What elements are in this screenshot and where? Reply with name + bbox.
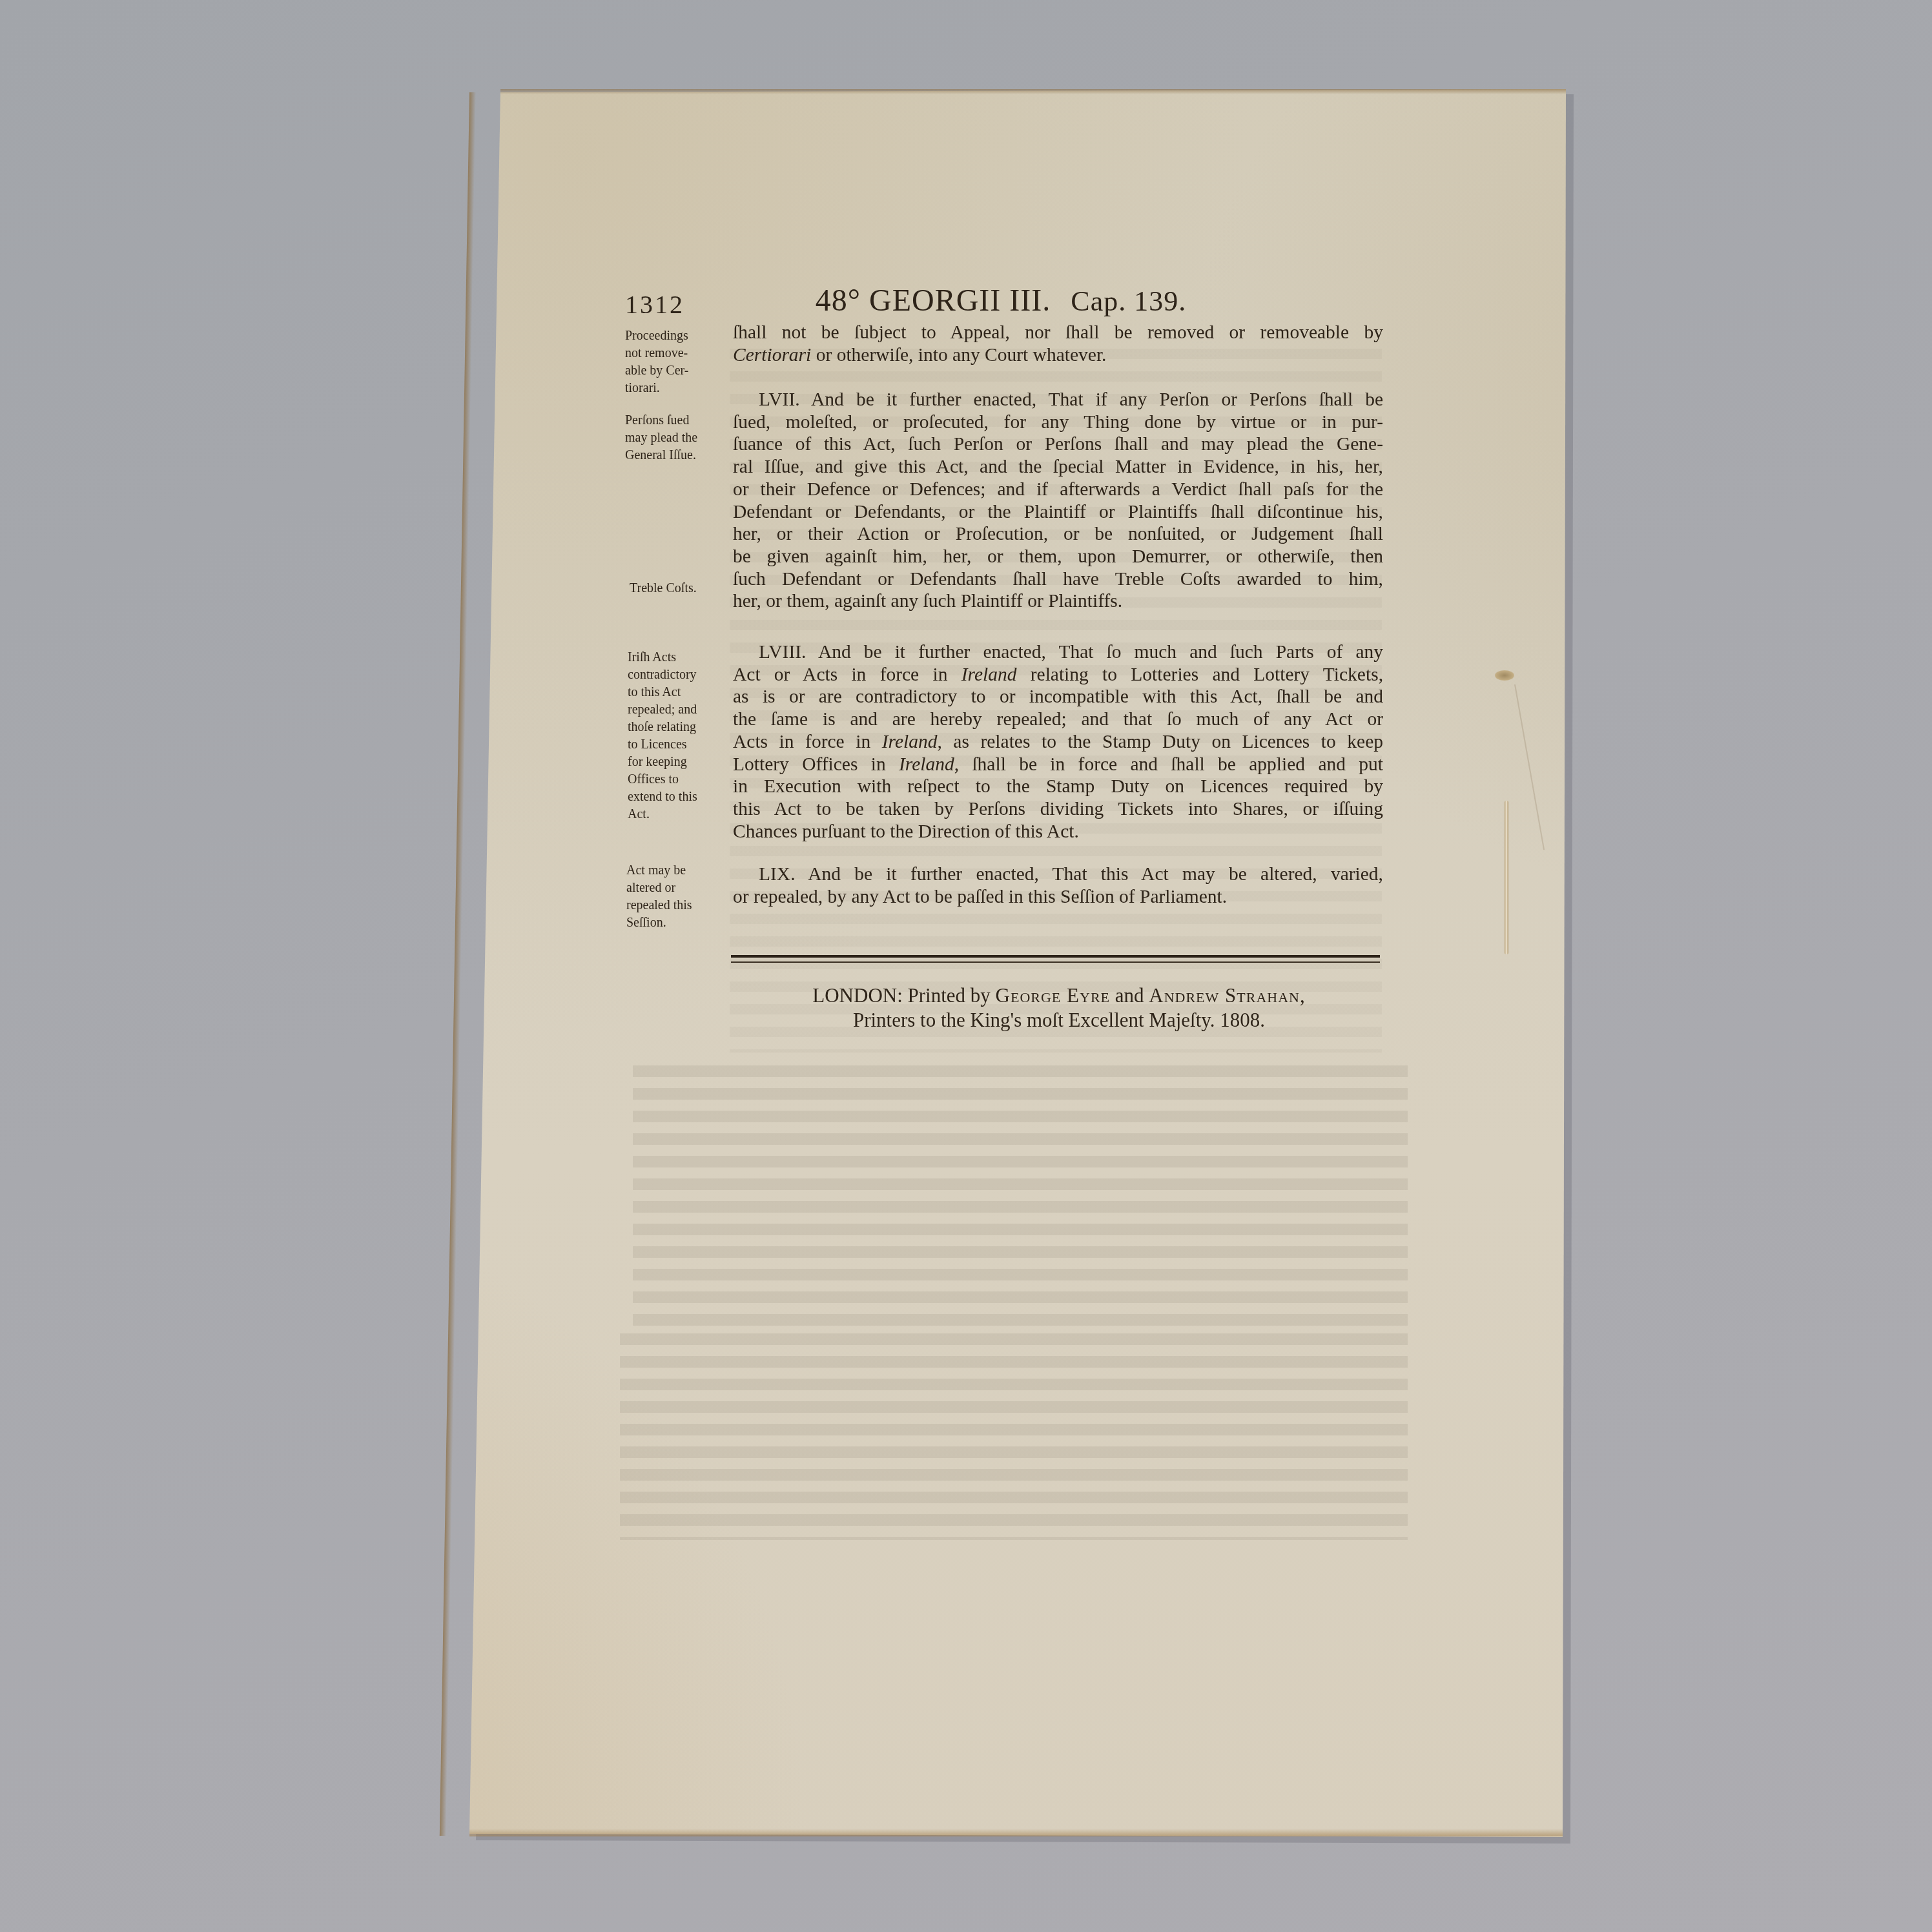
margin-note-line: contradictory [628,666,731,684]
margin-note-line: to Licences [628,736,731,754]
text-line: her, or their Action or Proſecution, or … [733,523,1383,546]
paragraph-continuation: ſhall not be ſubject to Appeal, nor ſhal… [733,322,1383,366]
imprint-line-2: Printers to the King's moſt Excellent Ma… [717,1009,1401,1032]
margin-note-line: tiorari. [625,380,728,397]
margin-note-line: not remove- [625,345,728,362]
paragraph-LVII: LVII. And be it further enacted, That if… [733,389,1383,613]
margin-note-line: Perſons ſued [625,412,728,429]
margin-note-line: Act. [628,806,731,823]
margin-note-line: Treble Coſts. [630,580,733,597]
imprint-and: and [1115,984,1144,1007]
imprint-line-1: LONDON: Printed by George Eyre and Andre… [717,984,1401,1007]
text-line: her, or them, againſt any ſuch Plaintiff… [733,590,1383,613]
text-line: Lottery Offices in Ireland, ſhall be in … [733,754,1383,776]
margin-note-line: Iriſh Acts [628,649,731,666]
running-head: 48° GEORGII III. Cap. 139. [723,283,1279,318]
paper-edge-bottom [469,1829,1563,1836]
italic-place: Ireland [899,754,954,775]
italic-place: Ireland [961,664,1017,685]
margin-note-line: thoſe relating [628,719,731,736]
paragraph-LIX: LIX. And be it further enacted, That thi… [733,863,1383,908]
text-line: Act or Acts in force in Ireland relating… [733,664,1383,686]
margin-note-treble-costs: Treble Coſts. [630,580,733,597]
margin-note-line: repealed; and [628,701,731,719]
text-line: Certiorari or otherwiſe, into any Court … [733,344,1383,367]
margin-note-act-may-be-altered: Act may be altered or repealed this Seſſ… [626,862,730,932]
text-line: Defendant or Defendants, or the Plaintif… [733,501,1383,524]
paper-edge-left [440,92,476,1836]
margin-note-irish-acts: Iriſh Acts contradictory to this Act rep… [628,649,731,823]
text-line: ral Iſſue, and give this Act, and the ſp… [733,456,1383,478]
running-head-title: GEORGII III. [869,283,1051,318]
page-number: 1312 [625,289,684,320]
chapter-number: Cap. 139. [1071,285,1186,317]
margin-note-line: extend to this [628,788,731,806]
text-line: or their Defence or Defences; and if aft… [733,478,1383,501]
margin-note-line: Seſſion. [626,914,730,932]
text-line: or repealed, by any Act to be paſſed in … [733,886,1383,909]
margin-note-line: able by Cer- [625,362,728,380]
imprint-city: LONDON: [812,984,903,1007]
margin-note-line: for keeping [628,754,731,771]
imprint-printer-2: Andrew Strahan, [1149,984,1305,1007]
divider-rule-thick [731,955,1380,958]
text-line: Chances purſuant to the Direction of thi… [733,821,1383,843]
text-line: the ſame is and are hereby repealed; and… [733,708,1383,731]
margin-note-line: repealed this [626,897,730,914]
italic-term: Certiorari [733,345,811,365]
text-line: LVIII. And be it further enacted, That ſ… [733,641,1383,664]
text-line: this Act to be taken by Perſons dividing… [733,798,1383,821]
margin-note-line: Offices to [628,771,731,788]
text-line: ſuance of this Act, ſuch Perſon or Perſo… [733,433,1383,456]
text-line: ſuch Defendant or Defendants ſhall have … [733,568,1383,591]
margin-note-proceedings: Proceedings not remove- able by Cer- tio… [625,327,728,397]
regnal-year: 48° [816,283,861,318]
text-line: ſued, moleſted, or proſecuted, for any T… [733,411,1383,434]
text-line: be given againſt him, her, or them, upon… [733,546,1383,568]
margin-note-line: Act may be [626,862,730,879]
text-line: Acts in force in Ireland, as relates to … [733,731,1383,754]
text-line: as is or are contradictory to or incompa… [733,686,1383,708]
divider-rule-thin [731,961,1380,963]
text-line: in Execution with reſpect to the Stamp D… [733,776,1383,798]
paragraph-LVIII: LVIII. And be it further enacted, That ſ… [733,641,1383,843]
margin-note-general-issue: Perſons ſued may plead the General Iſſue… [625,412,728,464]
paper-edge-top [500,89,1566,94]
text-line: ſhall not be ſubject to Appeal, nor ſhal… [733,322,1383,344]
imprint-printer-1: George Eyre [996,984,1110,1007]
margin-note-line: Proceedings [625,327,728,345]
imprint-printed-by: Printed by [908,984,991,1007]
text-line: LIX. And be it further enacted, That thi… [733,863,1383,886]
margin-note-line: altered or [626,879,730,897]
margin-note-line: General Iſſue. [625,447,728,464]
italic-place: Ireland [882,732,938,752]
binding-slit [1505,801,1508,954]
paper-hole [1495,670,1514,681]
margin-note-line: to this Act [628,684,731,701]
margin-note-line: may plead the [625,429,728,447]
text-line: LVII. And be it further enacted, That if… [733,389,1383,411]
